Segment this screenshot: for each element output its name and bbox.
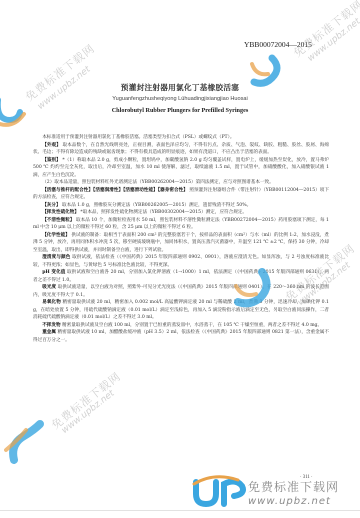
paragraph: 【鉴别】 *（1）称取本品 2.0 g，剪成小颗粒，置坩埚中，加碳酸氢钠 2.0… <box>33 157 329 180</box>
section-keyword: 【挥发性硫化物】 <box>42 210 79 215</box>
brand-site-url: www.upbz.net <box>248 496 339 507</box>
paragraph: 澄清度与颜色 取供试液，依法检查（《中国药典》2015 年版四部通则 0902、… <box>33 254 329 269</box>
title-english: Chlorobutyl Rubber Plungers for Prefille… <box>0 107 360 114</box>
section-keyword: 澄清度与颜色 <box>42 255 70 260</box>
paragraph: 本标准适用于预灌封注射器用氯化丁基橡胶活塞。活塞类型为扣合式（PSL）或螺纹式（… <box>33 134 329 142</box>
paragraph-text: 本标准适用于预灌封注射器用氯化丁基橡胶活塞。活塞类型为扣合式（PSL）或螺纹式（… <box>42 135 234 140</box>
section-keyword: 【不溶性微粒】 <box>42 218 74 223</box>
section-keyword: 【外观】 <box>42 143 61 148</box>
paragraph-text: 取本品 10 个，加微粒检查用水 50 ml，照包装材料不溶性微粒测定法（YBB… <box>33 218 329 231</box>
paragraph-text: *（1）称取本品 2.0 g，剪成小颗粒，置坩埚中，加碳酸氢钠 2.0 g 均匀… <box>33 158 329 178</box>
standard-code: YBB00072004—2015 <box>244 40 312 49</box>
watermark-site-name: 免费标准下载网 <box>48 368 124 432</box>
section-keyword: 【化学性能】 <box>42 233 70 238</box>
title-pinyin: Yuguanfengzhusheqiyong Lühuadingjixiangj… <box>0 96 360 102</box>
section-keyword: 【鉴别】 <box>42 158 61 163</box>
section-keyword: 不挥发物 <box>42 323 60 328</box>
section-keyword: 重金属 <box>42 330 56 335</box>
watermark-site-url: www.upbz.net <box>306 17 360 64</box>
up-brand-logo-icon <box>190 474 248 510</box>
paragraph: 【外观】 取本品数个，在自然光线明亮处，正视目测，表面色泽应均匀，不得有污点、杂… <box>33 142 329 157</box>
brand-site-name: 免费标准下载网 <box>248 478 339 495</box>
footer-divider <box>0 510 360 511</box>
document-body: 本标准适用于预灌封注射器用氯化丁基橡胶活塞。活塞类型为扣合式（PSL）或螺纹式（… <box>33 134 329 344</box>
paragraph: （2）取本品适量，照包装材料红外光谱测定法（YBB00262004—2015）第… <box>33 179 329 187</box>
paragraph-text: 取本品数个，在自然光线明亮处，正视目测，表面色泽应均匀，不得有污点、杂质、气泡、… <box>33 143 329 156</box>
paragraph-text: 精密量取供试液 20 ml，精密加入 0.002 mol/L 高锰酸钾滴定液 2… <box>33 300 329 320</box>
paragraph-text: 取本品 1.0 g，照橡胶灰分测定法（YBB00262005—2015）测定，遗… <box>62 203 251 208</box>
document-page: YBB00072004—2015 预灌封注射器用氯化丁基橡胶活塞 Yuguanf… <box>0 0 360 518</box>
paragraph-text: *取本品，照挥发性硫化物测定法（YBB00302004—2015）测定，应符合规… <box>80 210 247 215</box>
paragraph-text: （2）取本品适量，照包装材料红外光谱测定法（YBB00262004—2015）第… <box>42 180 274 185</box>
paragraph-text: 供试液的制备：取相当于表面积 200 cm² 的完整胶塞若干个，按样品的表面积（… <box>33 233 329 253</box>
paragraph: 【灰分】 取本品 1.0 g，照橡胶灰分测定法（YBB00262005—2015… <box>33 202 329 210</box>
watermark-site-url: www.upbz.net <box>60 389 116 436</box>
paragraph-text: 取供试液和空白液各 20 ml，分别加入氯化钾溶液（1→1000）1 ml，依法… <box>33 270 329 283</box>
section-keyword: 【灰分】 <box>42 203 60 208</box>
paragraph-text: 精密量取供试液及空白液 100 ml，分别置于已恒重的蒸发皿中，水浴蒸干，在 1… <box>62 323 322 328</box>
paragraph: 【化学性能】 供试液的制备：取相当于表面积 200 cm² 的完整胶塞若干个，按… <box>33 232 329 255</box>
watermark-site-name: 免费标准下载网 <box>22 40 98 104</box>
title-chinese: 预灌封注射器用氯化丁基橡胶活塞 <box>0 82 360 93</box>
brand-watermark: 免费标准下载网 www.upbz.net <box>248 478 339 507</box>
paragraph: 不挥发物 精密量取供试液及空白液 100 ml，分别置于已恒重的蒸发皿中，水浴蒸… <box>33 322 329 330</box>
section-keyword: 易氧化物 <box>42 300 61 305</box>
paragraph: 重金属 精密量取供试液 10 ml，加醋酸盐缓冲液（pH 3.5）2 ml，依法… <box>33 329 329 344</box>
section-keyword: 吸光度 <box>42 285 56 290</box>
paragraph: 易氧化物 精密量取供试液 20 ml，精密加入 0.002 mol/L 高锰酸钾… <box>33 299 329 322</box>
paragraph: 吸光度 取供试液适量，以空白液为对照，照紫外-可见分光光度法（《中国药典》201… <box>33 284 329 299</box>
paragraph-text: 取供试液，依法检查（《中国药典》2015 年版四部通则 0902、0901），溶… <box>33 255 329 268</box>
section-keyword: 【活塞与推杆的配合性】【活塞润滑性】【活塞滑动性能】【器身密合性】 <box>42 188 188 193</box>
section-keyword: pH 变化值 <box>42 270 65 275</box>
paragraph: 【挥发性硫化物】 *取本品，照挥发性硫化物测定法（YBB00302004—201… <box>33 209 329 217</box>
up-logo-icon <box>4 420 48 464</box>
paragraph-text: 取供试液适量，以空白液为对照，照紫外-可见分光光度法（《中国药典》2015 年版… <box>33 285 329 298</box>
paragraph: 【活塞与推杆的配合性】【活塞润滑性】【活塞滑动性能】【器身密合性】 照预灌封注射… <box>33 187 329 202</box>
paragraph: 【不溶性微粒】 取本品 10 个，加微粒检查用水 50 ml，照包装材料不溶性微… <box>33 217 329 232</box>
watermark-site-name: 免费标准下载网 <box>290 0 360 61</box>
paragraph-text: 精密量取供试液 10 ml，加醋酸盐缓冲液（pH 3.5）2 ml，依法检查（《… <box>33 330 329 343</box>
paragraph: pH 变化值 取供试液和空白液各 20 ml，分别加入氯化钾溶液（1→1000）… <box>33 269 329 284</box>
